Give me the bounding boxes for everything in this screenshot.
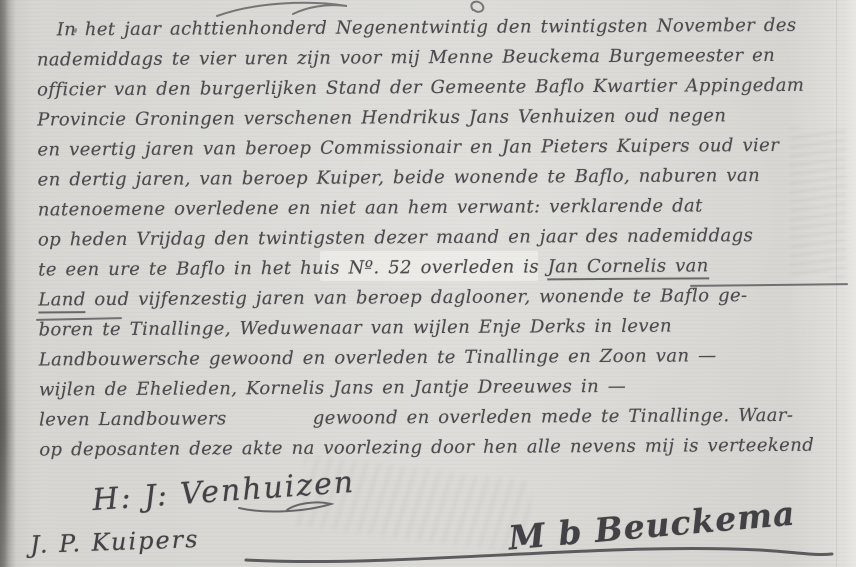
beuckema-flourish	[240, 538, 840, 566]
manuscript-line: natenoemene overledene en niet aan hem v…	[38, 191, 842, 226]
manuscript-line: op heden Vrijdag den twintigsten dezer m…	[38, 221, 842, 256]
deceased-surname-underlined: Land	[38, 289, 86, 313]
manuscript-line: Provincie Groningen verschenen Hendrikus…	[37, 101, 841, 136]
manuscript-line: Landbouwersche gewoond en overleden te T…	[39, 341, 843, 376]
manuscript-line: wijlen de Ehelieden, Kornelis Jans en Ja…	[39, 371, 843, 406]
scanned-death-record-page: In het jaar achttienhonderd Negenentwint…	[0, 0, 856, 567]
manuscript-line: boren te Tinallinge, Weduwenaar van wijl…	[38, 311, 842, 346]
line-text: oud vijfenzestig jaren van beroep dagloo…	[86, 285, 748, 310]
manuscript-line: te een ure te Baflo in het huis Nº. 52 o…	[38, 251, 842, 286]
manuscript-line: In het jaar achttienhonderd Negenentwint…	[37, 11, 841, 46]
manuscript-line: op deposanten deze akte na voorlezing do…	[39, 431, 843, 466]
manuscript-line: en dertig jaren, van beroep Kuiper, beid…	[38, 161, 842, 196]
line-text: te een ure te Baflo in het huis Nº. 52 o…	[38, 256, 548, 280]
manuscript-text: In het jaar achttienhonderd Negenentwint…	[37, 11, 844, 466]
signature-kuipers: J. P. Kuipers	[30, 525, 200, 559]
book-binding-edge	[0, 0, 16, 567]
manuscript-line: nademiddags te vier uren zijn voor mij M…	[37, 41, 841, 76]
manuscript-line: leven Landbouwers gewoond en overleden m…	[39, 401, 843, 436]
deceased-name-underlined: Jan Cornelis van	[548, 255, 709, 280]
manuscript-line: en veertig jaren van beroep Commissionai…	[37, 131, 841, 166]
venhuizen-flourish	[235, 498, 345, 516]
manuscript-line: officier van den burgerlijken Stand der …	[37, 71, 841, 106]
